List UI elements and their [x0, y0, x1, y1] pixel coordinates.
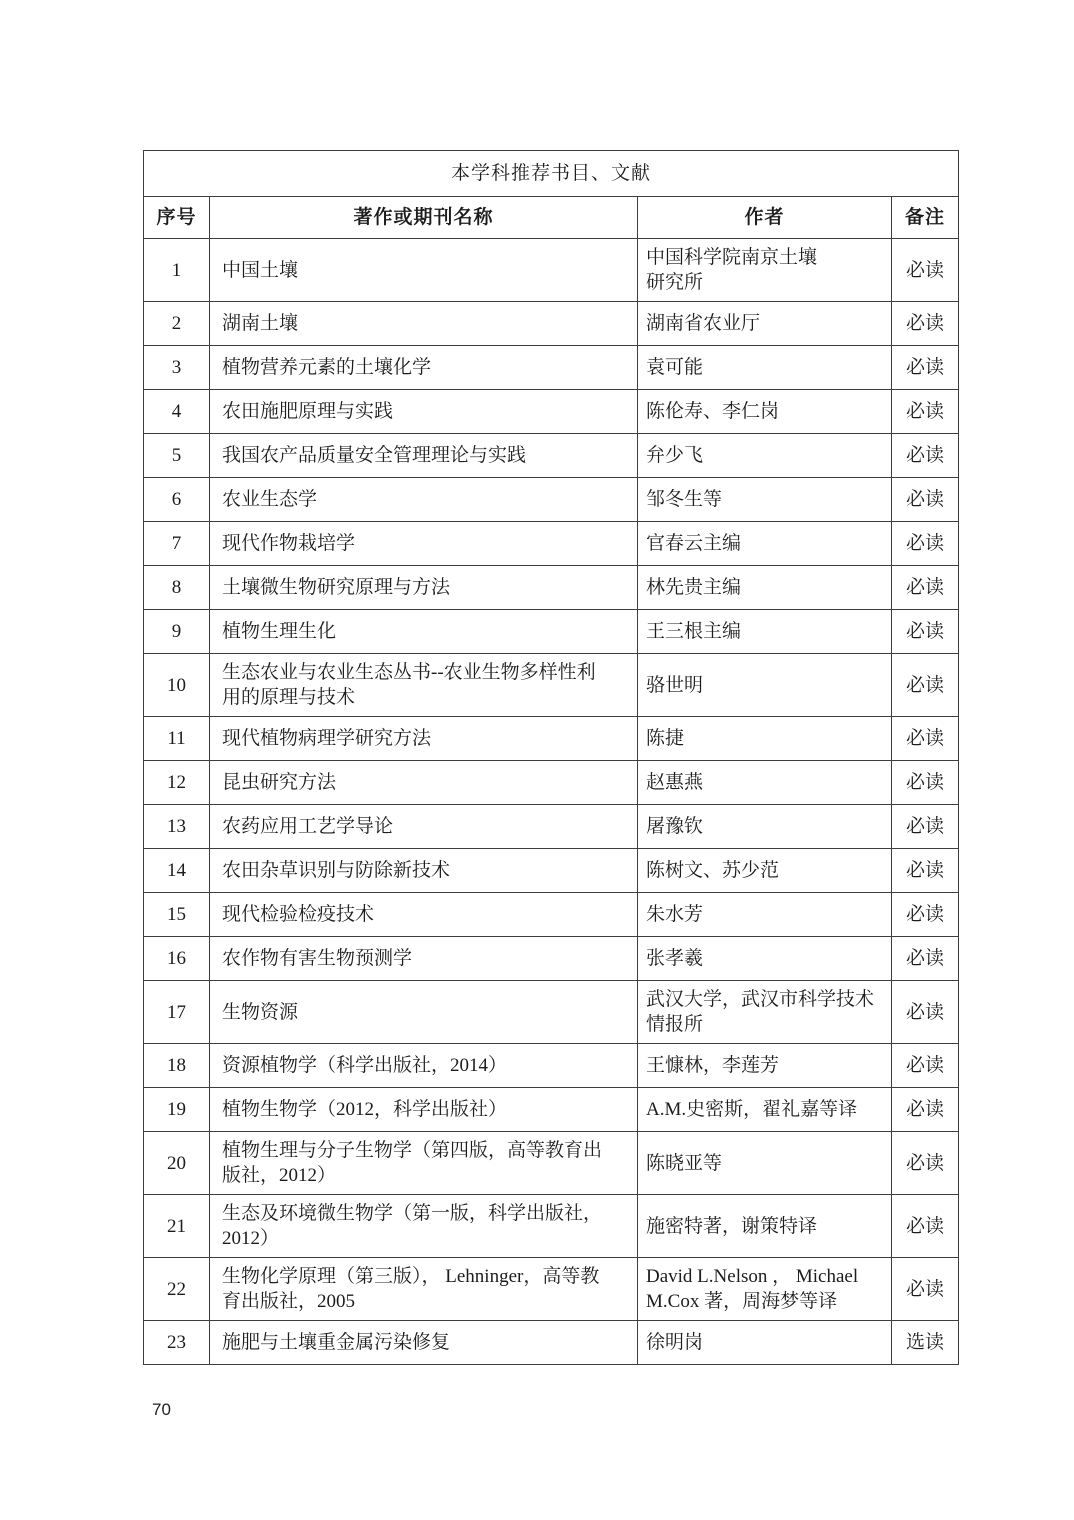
- cell-author: 陈伦寿、李仁岗: [638, 390, 892, 434]
- cell-no: 3: [144, 346, 210, 390]
- cell-author: 赵惠燕: [638, 761, 892, 805]
- cell-note: 必读: [892, 849, 959, 893]
- table-row: 23施肥与土壤重金属污染修复徐明岗选读: [144, 1321, 959, 1365]
- cell-author: 袁可能: [638, 346, 892, 390]
- cell-author: 骆世明: [638, 654, 892, 717]
- cell-name: 农业生态学: [210, 478, 638, 522]
- cell-no: 4: [144, 390, 210, 434]
- cell-author: 林先贵主编: [638, 566, 892, 610]
- cell-name: 农田施肥原理与实践: [210, 390, 638, 434]
- cell-name: 植物生理与分子生物学（第四版，高等教育出 版社，2012）: [210, 1132, 638, 1195]
- cell-no: 9: [144, 610, 210, 654]
- cell-note: 必读: [892, 434, 959, 478]
- cell-no: 21: [144, 1195, 210, 1258]
- page-number: 70: [152, 1400, 171, 1420]
- cell-no: 16: [144, 937, 210, 981]
- cell-note: 必读: [892, 302, 959, 346]
- cell-note: 必读: [892, 1088, 959, 1132]
- table-header-row: 序号 著作或期刊名称 作者 备注: [144, 197, 959, 239]
- cell-author: 陈树文、苏少范: [638, 849, 892, 893]
- cell-name: 土壤微生物研究原理与方法: [210, 566, 638, 610]
- cell-name: 现代植物病理学研究方法: [210, 717, 638, 761]
- cell-author: David L.Nelson ， Michael M.Cox 著，周海梦等译: [638, 1258, 892, 1321]
- cell-name: 昆虫研究方法: [210, 761, 638, 805]
- table-row: 1中国土壤中国科学院南京土壤 研究所必读: [144, 239, 959, 302]
- cell-name: 植物生理生化: [210, 610, 638, 654]
- cell-author: 施密特著，谢策特译: [638, 1195, 892, 1258]
- cell-author: 武汉大学，武汉市科学技术 情报所: [638, 981, 892, 1044]
- cell-no: 17: [144, 981, 210, 1044]
- cell-author: 湖南省农业厅: [638, 302, 892, 346]
- cell-author: 徐明岗: [638, 1321, 892, 1365]
- cell-note: 必读: [892, 981, 959, 1044]
- table-title-row: 本学科推荐书目、文献: [144, 151, 959, 197]
- cell-note: 必读: [892, 654, 959, 717]
- cell-no: 18: [144, 1044, 210, 1088]
- cell-no: 14: [144, 849, 210, 893]
- cell-name: 植物生物学（2012，科学出版社）: [210, 1088, 638, 1132]
- cell-no: 11: [144, 717, 210, 761]
- cell-note: 必读: [892, 610, 959, 654]
- table-row: 19植物生物学（2012，科学出版社）A.M.史密斯，翟礼嘉等译必读: [144, 1088, 959, 1132]
- table-row: 21生态及环境微生物学（第一版，科学出版社， 2012）施密特著，谢策特译必读: [144, 1195, 959, 1258]
- table-title: 本学科推荐书目、文献: [144, 151, 959, 197]
- cell-note: 必读: [892, 1132, 959, 1195]
- cell-author: 屠豫钦: [638, 805, 892, 849]
- cell-author: 中国科学院南京土壤 研究所: [638, 239, 892, 302]
- cell-no: 6: [144, 478, 210, 522]
- cell-note: 必读: [892, 566, 959, 610]
- col-header-name: 著作或期刊名称: [210, 197, 638, 239]
- recommended-books-table: 本学科推荐书目、文献 序号 著作或期刊名称 作者 备注 1中国土壤中国科学院南京…: [143, 150, 959, 1365]
- cell-no: 5: [144, 434, 210, 478]
- table-row: 10生态农业与农业生态丛书--农业生物多样性利 用的原理与技术骆世明必读: [144, 654, 959, 717]
- cell-no: 15: [144, 893, 210, 937]
- cell-author: 陈晓亚等: [638, 1132, 892, 1195]
- cell-note: 必读: [892, 761, 959, 805]
- table-row: 18资源植物学（科学出版社，2014）王慷林，李莲芳必读: [144, 1044, 959, 1088]
- table-row: 5我国农产品质量安全管理理论与实践弁少飞必读: [144, 434, 959, 478]
- cell-author: 官春云主编: [638, 522, 892, 566]
- cell-name: 农作物有害生物预测学: [210, 937, 638, 981]
- table-row: 9植物生理生化王三根主编必读: [144, 610, 959, 654]
- cell-note: 必读: [892, 1044, 959, 1088]
- cell-note: 必读: [892, 893, 959, 937]
- cell-name: 植物营养元素的土壤化学: [210, 346, 638, 390]
- table-row: 20植物生理与分子生物学（第四版，高等教育出 版社，2012）陈晓亚等必读: [144, 1132, 959, 1195]
- table-row: 13农药应用工艺学导论屠豫钦必读: [144, 805, 959, 849]
- cell-no: 1: [144, 239, 210, 302]
- document-page: 本学科推荐书目、文献 序号 著作或期刊名称 作者 备注 1中国土壤中国科学院南京…: [0, 0, 1074, 1520]
- col-header-note: 备注: [892, 197, 959, 239]
- cell-author: 王慷林，李莲芳: [638, 1044, 892, 1088]
- cell-name: 中国土壤: [210, 239, 638, 302]
- cell-name: 生物化学原理（第三版）， Lehninger，高等教 育出版社，2005: [210, 1258, 638, 1321]
- cell-no: 20: [144, 1132, 210, 1195]
- table-row: 22生物化学原理（第三版）， Lehninger，高等教 育出版社，2005Da…: [144, 1258, 959, 1321]
- table-row: 15现代检验检疫技术朱水芳必读: [144, 893, 959, 937]
- table-row: 4农田施肥原理与实践陈伦寿、李仁岗必读: [144, 390, 959, 434]
- table-row: 7现代作物栽培学官春云主编必读: [144, 522, 959, 566]
- cell-no: 10: [144, 654, 210, 717]
- table-row: 14农田杂草识别与防除新技术陈树文、苏少范必读: [144, 849, 959, 893]
- cell-author: 邹冬生等: [638, 478, 892, 522]
- cell-note: 必读: [892, 239, 959, 302]
- col-header-no: 序号: [144, 197, 210, 239]
- cell-note: 选读: [892, 1321, 959, 1365]
- table-row: 3植物营养元素的土壤化学袁可能必读: [144, 346, 959, 390]
- cell-note: 必读: [892, 1195, 959, 1258]
- cell-name: 现代检验检疫技术: [210, 893, 638, 937]
- cell-note: 必读: [892, 522, 959, 566]
- table-row: 17生物资源武汉大学，武汉市科学技术 情报所必读: [144, 981, 959, 1044]
- cell-name: 现代作物栽培学: [210, 522, 638, 566]
- cell-author: 王三根主编: [638, 610, 892, 654]
- cell-note: 必读: [892, 1258, 959, 1321]
- col-header-author: 作者: [638, 197, 892, 239]
- cell-name: 农田杂草识别与防除新技术: [210, 849, 638, 893]
- cell-name: 湖南土壤: [210, 302, 638, 346]
- cell-author: A.M.史密斯，翟礼嘉等译: [638, 1088, 892, 1132]
- table-row: 6农业生态学邹冬生等必读: [144, 478, 959, 522]
- table-row: 16农作物有害生物预测学张孝羲必读: [144, 937, 959, 981]
- cell-no: 19: [144, 1088, 210, 1132]
- table-row: 2湖南土壤湖南省农业厅必读: [144, 302, 959, 346]
- cell-name: 我国农产品质量安全管理理论与实践: [210, 434, 638, 478]
- cell-no: 7: [144, 522, 210, 566]
- cell-name: 施肥与土壤重金属污染修复: [210, 1321, 638, 1365]
- cell-note: 必读: [892, 390, 959, 434]
- cell-no: 23: [144, 1321, 210, 1365]
- cell-no: 8: [144, 566, 210, 610]
- cell-author: 朱水芳: [638, 893, 892, 937]
- cell-no: 12: [144, 761, 210, 805]
- cell-note: 必读: [892, 717, 959, 761]
- cell-author: 张孝羲: [638, 937, 892, 981]
- cell-name: 生态及环境微生物学（第一版，科学出版社， 2012）: [210, 1195, 638, 1258]
- cell-note: 必读: [892, 478, 959, 522]
- table-row: 8土壤微生物研究原理与方法林先贵主编必读: [144, 566, 959, 610]
- table-row: 11现代植物病理学研究方法陈捷必读: [144, 717, 959, 761]
- cell-name: 生态农业与农业生态丛书--农业生物多样性利 用的原理与技术: [210, 654, 638, 717]
- cell-no: 2: [144, 302, 210, 346]
- cell-note: 必读: [892, 805, 959, 849]
- cell-no: 13: [144, 805, 210, 849]
- cell-note: 必读: [892, 346, 959, 390]
- cell-name: 资源植物学（科学出版社，2014）: [210, 1044, 638, 1088]
- cell-name: 生物资源: [210, 981, 638, 1044]
- cell-author: 陈捷: [638, 717, 892, 761]
- book-table-body: 1中国土壤中国科学院南京土壤 研究所必读2湖南土壤湖南省农业厅必读3植物营养元素…: [144, 239, 959, 1365]
- cell-author: 弁少飞: [638, 434, 892, 478]
- table-row: 12昆虫研究方法赵惠燕必读: [144, 761, 959, 805]
- cell-no: 22: [144, 1258, 210, 1321]
- cell-note: 必读: [892, 937, 959, 981]
- cell-name: 农药应用工艺学导论: [210, 805, 638, 849]
